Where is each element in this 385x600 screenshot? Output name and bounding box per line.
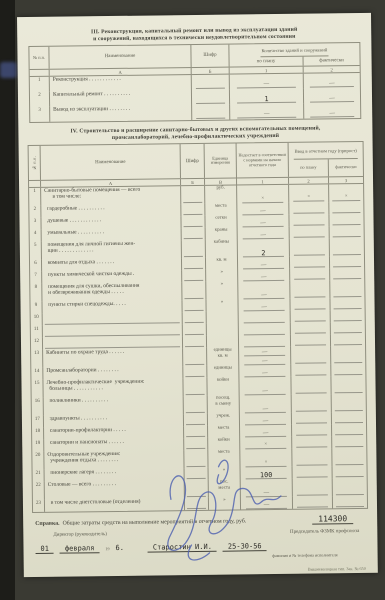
row-number: 19 — [32, 440, 44, 452]
writing-line — [335, 392, 362, 393]
shortfall-entry: — — [239, 365, 290, 378]
shortfall-entry: 2 — [238, 239, 289, 258]
writing-line — [335, 422, 362, 423]
code-cell — [185, 480, 209, 498]
writing-line — [296, 434, 327, 435]
unit-cell: » — [206, 282, 238, 300]
shortfall-stack: — — [241, 479, 292, 498]
shortfall-cell: — — [238, 281, 290, 300]
plan-cell — [290, 269, 330, 281]
writing-line — [296, 392, 327, 393]
writing-line — [185, 334, 203, 335]
code-cell — [182, 270, 206, 282]
shortfall-cell: — — [237, 203, 289, 216]
shortfall-entry — [239, 335, 290, 348]
writing-line — [187, 478, 205, 479]
plan-cell — [290, 239, 330, 257]
writing-line — [186, 412, 204, 413]
fact-cell — [332, 424, 366, 436]
unit-cell: места — [208, 426, 240, 438]
unit-cell: кв. м — [206, 258, 238, 270]
print-shop-note: Вышневолоцкая тип. Зак. № 650 — [36, 566, 366, 575]
writing-line — [333, 200, 360, 201]
writing-line — [184, 256, 202, 257]
shortfall-stack: — — [240, 395, 291, 414]
plan-cell — [291, 347, 331, 365]
shortfall-stack: — — [238, 281, 289, 300]
unit-cell: руб. — [205, 186, 237, 204]
unit-cell: посещ.в смену — [208, 396, 240, 414]
unit-cell — [207, 336, 239, 348]
label-line: душевые . . . . . . . . . . . . — [41, 217, 180, 225]
fact-cell — [330, 298, 364, 310]
fact-cell — [333, 496, 367, 508]
code-cell — [182, 228, 206, 240]
plan-cell — [292, 425, 332, 437]
unit-cell: » — [206, 300, 238, 312]
table3-header: № п.п. Наименование Шифр Количество здан… — [29, 43, 359, 69]
shortfall-stack: × — [237, 185, 288, 204]
plan-value-cell: — — [230, 74, 304, 90]
writing-line — [334, 296, 361, 297]
row-number: 11 — [31, 326, 43, 338]
writing-line — [295, 320, 326, 321]
spravka-text: Общие затраты средств на выполнение меро… — [63, 519, 247, 527]
shortfall-stack: × — [240, 437, 291, 450]
writing-line — [296, 422, 327, 423]
shortfall-stack: — — [238, 257, 289, 270]
spravka-label: Справка. — [35, 521, 59, 527]
shortfall-cell: — — [238, 299, 290, 312]
label-line: щин . . . . . . . . . . . . . — [42, 247, 181, 255]
writing-line — [335, 362, 362, 363]
director-label: Директор (руководитель) — [53, 532, 107, 538]
unit-cell: места — [208, 450, 240, 468]
label-line: Кабинеты по охране труда . . . . . . — [43, 349, 182, 357]
fact-cell — [332, 412, 366, 424]
shortfall-stack: — — [239, 377, 290, 396]
writing-line — [336, 506, 363, 507]
shortfall-entry: — — [238, 269, 289, 282]
shortfall-stack: — — [241, 497, 292, 510]
shortfall-entry: — — [237, 215, 288, 228]
writing-line — [237, 101, 295, 103]
shortfall-stack: — — [238, 227, 289, 240]
unit-line: » — [206, 270, 237, 276]
shortfall-cell: × — [240, 437, 292, 450]
column-letter — [29, 181, 41, 187]
writing-line — [187, 466, 205, 467]
row-number: 1 — [29, 188, 41, 206]
code-cell — [182, 258, 206, 270]
writing-line — [184, 214, 202, 215]
writing-line — [185, 346, 203, 347]
row-number: 7 — [30, 272, 42, 284]
plan-cell — [291, 365, 331, 377]
shortfall-cell: — — [240, 413, 292, 426]
unit-line: » — [206, 300, 237, 306]
row-label: поликлиники . . . . . . . . . . — [44, 397, 184, 417]
shortfall-cell: — — [238, 257, 290, 270]
writing-line — [294, 278, 325, 279]
writing-line — [296, 464, 327, 465]
fact-value-cell: — — [304, 103, 360, 119]
row-number: 20 — [32, 452, 44, 470]
writing-line — [333, 212, 360, 213]
unit-line: койки — [207, 378, 238, 384]
row-number: 2 — [29, 206, 41, 218]
unit-line: единицы — [207, 366, 238, 372]
unit-cell: » — [209, 468, 241, 480]
shortfall-entry: × — [240, 437, 291, 450]
code-cell — [185, 498, 209, 510]
code-cell — [181, 204, 205, 216]
row-number: 22 — [33, 482, 45, 500]
shortfall-stack — [239, 323, 290, 336]
table3-header-fact: фактически — [304, 56, 360, 66]
plan-cell: × — [289, 185, 329, 203]
writing-line — [185, 310, 203, 311]
unit-line: кабины — [206, 240, 237, 246]
unit-line: » — [206, 282, 237, 288]
plan-cell — [291, 323, 331, 335]
writing-line — [246, 508, 287, 509]
table4-header-fact: фактически — [329, 159, 363, 176]
shortfall-entry: — — [241, 497, 292, 510]
writing-line — [295, 332, 326, 333]
table4-intake-group-label: Ввод в отчетном году (прирост) — [293, 142, 357, 160]
column-letter: 1 — [230, 67, 304, 74]
unit-cell — [207, 324, 239, 336]
label-line: пункты стирки спецодежды. . . . . — [42, 301, 181, 309]
shortfall-cell: — — [239, 377, 291, 396]
label-line: здравпункты . . . . . . . . . . — [44, 415, 183, 423]
shortfall-stack: — — [240, 425, 291, 438]
section4-title: IV. Строительство и расширение санитарно… — [18, 119, 372, 143]
unit-cell: единицы — [207, 366, 239, 378]
fact-cell — [330, 268, 364, 280]
code-cell — [184, 450, 208, 468]
row-label: Санитарно-бытовые помещения — всего в то… — [41, 187, 181, 207]
column-letter: 1 — [237, 178, 289, 185]
code-cell — [183, 378, 207, 396]
writing-line — [310, 116, 355, 118]
fact-cell — [332, 436, 366, 448]
plan-cell — [290, 299, 330, 311]
row-number: 10 — [31, 314, 43, 326]
plan-cell — [292, 413, 332, 425]
row-number: 5 — [30, 242, 42, 260]
shortfall-entry: × — [240, 449, 291, 468]
shortfall-cell: 2 — [238, 239, 290, 258]
fact-cell — [333, 478, 367, 496]
row-number: 8 — [30, 284, 42, 302]
writing-line — [185, 322, 203, 323]
table4-header-plan: по плану — [289, 160, 329, 177]
writing-line — [196, 117, 226, 118]
spravka-value: 114300 — [312, 514, 353, 524]
row-label: Реконструкция . . . . . . . . . . . . — [50, 75, 192, 92]
row-number: 23 — [33, 500, 45, 512]
label-line: учреждения отдыха . . . . . . . . — [44, 457, 183, 465]
code-cell — [183, 312, 207, 324]
label-line: умывальные . . . . . . . . . . — [42, 229, 181, 237]
fact-cell: × — [329, 184, 363, 202]
fact-cell — [333, 466, 367, 478]
writing-line — [334, 278, 361, 279]
shortfall-cell: — — [241, 479, 293, 498]
writing-line — [297, 476, 328, 477]
unit-cell: койки — [208, 438, 240, 450]
row-number: 3 — [30, 107, 50, 122]
writing-line — [184, 226, 202, 227]
writing-line — [196, 102, 226, 103]
writing-line — [333, 236, 360, 237]
shortfall-cell — [239, 311, 291, 324]
code-cell — [183, 336, 207, 348]
row-label: помещения для сушки, обеспыливания и обе… — [42, 283, 182, 303]
unit-line: койки — [208, 438, 239, 444]
writing-line — [293, 224, 324, 225]
writing-line — [294, 236, 325, 237]
shortfall-entry: — — [238, 227, 289, 240]
section3-title: III. Реконструкция, капитальный ремонт и… — [17, 13, 371, 44]
writing-line — [185, 280, 203, 281]
plan-cell — [290, 227, 330, 239]
writing-line — [186, 376, 204, 377]
shortfall-entry: — — [238, 281, 289, 300]
writing-line — [333, 224, 360, 225]
fact-cell — [330, 280, 364, 298]
shortfall-entry: — — [241, 479, 292, 498]
table3-body: 1Реконструкция . . . . . . . . . . . .——… — [30, 73, 361, 122]
code-cell — [181, 216, 205, 228]
shortfall-cell: × — [237, 185, 289, 204]
table4-header-shortfall: Недостает в соответствии с нормами на на… — [237, 143, 289, 178]
executor-name: Старостин И.И. — [148, 543, 217, 553]
signature-roles: Директор (руководитель) Председатель ФЗМ… — [35, 529, 367, 538]
table4-header-intake-group: Ввод в отчетном году (прирост) по плану … — [289, 142, 363, 177]
shortfall-entry — [239, 311, 290, 324]
fact-cell — [331, 376, 365, 394]
code-cell — [182, 240, 206, 258]
chairman-label: Председатель ФЗМК профсоюза — [290, 529, 359, 535]
column-letter: 2 — [304, 66, 360, 73]
unit-cell: койки — [207, 378, 239, 396]
code-cell — [185, 468, 209, 480]
photo-dark-edge — [0, 0, 15, 600]
writing-line — [336, 464, 363, 465]
label-line: санатории и пансионаты . . . . . . — [44, 439, 183, 447]
code-cell — [192, 75, 230, 90]
unit-line: » — [209, 468, 240, 474]
unit-line: » — [209, 498, 240, 504]
row-number: 15 — [31, 380, 43, 398]
writing-line — [335, 410, 362, 411]
plan-cell — [293, 479, 333, 497]
label-line: больницы . . . . . . . . . . . — [44, 385, 183, 393]
writing-line — [336, 476, 363, 477]
writing-line — [295, 374, 326, 375]
fact-cell — [332, 394, 366, 412]
writing-line — [334, 308, 361, 309]
table3-header-name: Наименование — [49, 45, 191, 69]
column-letter: 2 — [289, 178, 329, 184]
unit-line: места — [205, 204, 236, 210]
writing-line — [334, 320, 361, 321]
table-section4: № п.п. Наименование Шифр Единица измерен… — [28, 141, 368, 513]
shortfall-stack: 100 — [241, 467, 292, 480]
scanned-form-page: III. Реконструкция, капитальный ремонт и… — [17, 13, 378, 577]
plan-value-cell: 1 — [230, 89, 304, 105]
date-year-prefix: 19 — [105, 546, 109, 551]
date-year-suffix: 6. — [115, 544, 124, 552]
row-number: 12 — [31, 338, 43, 350]
date-day: 01 — [35, 545, 54, 554]
unit-cell: кабины — [206, 240, 238, 258]
code-cell — [184, 414, 208, 426]
writing-line — [186, 424, 204, 425]
writing-line — [336, 446, 363, 447]
shortfall-cell — [239, 335, 291, 348]
writing-line — [333, 254, 360, 255]
code-cell — [184, 438, 208, 450]
shortfall-entry: — — [239, 377, 290, 396]
code-cell — [184, 426, 208, 438]
unit-cell: места — [205, 204, 237, 216]
label-line: комнаты для отдыха . . . . . . . — [42, 259, 181, 267]
unit-cell: пос.места — [209, 480, 241, 498]
shortfall-stack: 2 — [238, 239, 289, 258]
writing-line — [187, 496, 205, 497]
table4-body: 1Санитарно-бытовые помещения — всего в т… — [29, 184, 367, 512]
fact-cell — [331, 346, 365, 364]
blue-stamp-fragment — [0, 62, 17, 78]
unit-line: сетки — [205, 216, 236, 222]
shortfall-stack: —— — [239, 347, 290, 366]
writing-line — [294, 266, 325, 267]
plan-cell — [291, 335, 331, 347]
table4-header: № п.п. Наименование Шифр Единица измерен… — [29, 142, 363, 180]
plan-cell — [289, 203, 329, 215]
code-cell — [184, 396, 208, 414]
writing-line — [334, 332, 361, 333]
plan-cell — [292, 437, 332, 449]
label-line: поликлиники . . . . . . . . . . — [44, 397, 183, 405]
fact-cell — [331, 364, 365, 376]
unit-line: места — [208, 426, 239, 432]
unit-line: руб. — [205, 186, 236, 192]
writing-line — [293, 212, 324, 213]
shortfall-entry: — — [238, 257, 289, 270]
table3-header-qty-group: Количество зданий и сооружений по плану … — [229, 43, 359, 67]
writing-line — [333, 266, 360, 267]
fact-cell — [330, 256, 364, 268]
plan-cell — [292, 449, 332, 467]
shortfall-stack: — — [239, 365, 290, 378]
unit-line: учреж. — [208, 414, 239, 420]
code-cell — [182, 282, 206, 300]
writing-line — [184, 202, 202, 203]
shortfall-entry: — — [240, 413, 291, 426]
unit-cell: учреж. — [208, 414, 240, 426]
unit-line: места — [209, 485, 240, 491]
code-cell — [183, 348, 207, 366]
unit-cell: » — [209, 498, 241, 510]
code-cell — [181, 186, 205, 204]
row-label: Капитальный ремонт . . . . . . . . . . — [50, 90, 192, 107]
shortfall-entry: — — [238, 299, 289, 312]
writing-line — [295, 362, 326, 363]
writing-line — [294, 254, 325, 255]
row-number: 18 — [32, 428, 44, 440]
plan-cell — [290, 257, 330, 269]
label-line: и обезвреживания одежды . . . . . — [42, 289, 181, 297]
code-cell — [182, 300, 206, 312]
writing-line — [309, 86, 354, 88]
row-number: 17 — [32, 416, 44, 428]
writing-line — [295, 344, 326, 345]
footer: Справка. Общие затраты средств на выполн… — [35, 514, 368, 575]
plan-cell — [292, 395, 332, 413]
row-number: 13 — [31, 350, 43, 368]
fact-cell — [331, 334, 365, 346]
shortfall-entry: — — [240, 425, 291, 438]
shortfall-cell: — — [238, 227, 290, 240]
plan-cell — [289, 215, 329, 227]
writing-line — [336, 494, 363, 495]
date-month: февраля — [60, 545, 100, 554]
table4-header-code: Шифр — [181, 144, 205, 178]
shortfall-stack: — — [238, 299, 289, 312]
fact-value-cell: — — [304, 73, 360, 89]
shortfall-cell: — — [239, 365, 291, 378]
writing-line — [297, 506, 328, 507]
writing-line — [184, 268, 202, 269]
shortfall-cell: — — [237, 215, 289, 228]
unit-line: краны — [206, 228, 237, 234]
writing-line — [296, 410, 327, 411]
column-letter — [30, 70, 50, 76]
label-line: санатории-профилактории . . . . . — [44, 427, 183, 435]
plan-cell — [291, 377, 331, 395]
writing-line — [310, 101, 355, 103]
code-cell — [192, 105, 230, 120]
shortfall-cell: × — [240, 449, 292, 468]
unit-line: кв. м — [207, 353, 238, 359]
shortfall-entry: × — [237, 185, 288, 204]
unit-line: кв. м — [206, 258, 237, 264]
label-line: гардеробные . . . . . . . . . . — [41, 205, 180, 213]
table3-qty-group-label: Количество зданий и сооружений — [260, 44, 328, 58]
row-label: Столовые — всего . . . . . . . . . — [45, 481, 185, 501]
writing-line — [335, 374, 362, 375]
code-cell — [183, 366, 207, 378]
writing-line — [293, 200, 324, 201]
table4-header-num: № п.п. — [29, 146, 41, 180]
writing-line — [238, 116, 296, 118]
unit-line: в смену — [208, 401, 239, 407]
column-letter: 3 — [329, 177, 363, 183]
writing-line — [186, 436, 204, 437]
shortfall-cell: 100 — [241, 467, 293, 480]
writing-line — [294, 308, 325, 309]
fact-cell — [331, 322, 365, 334]
executor-phone: 25-30-56 — [223, 543, 267, 553]
unit-cell: единицыкв. м — [207, 348, 239, 366]
row-label: в том числе диетстоловые (отделения) — [45, 499, 185, 513]
fact-value-cell: — — [304, 88, 360, 104]
